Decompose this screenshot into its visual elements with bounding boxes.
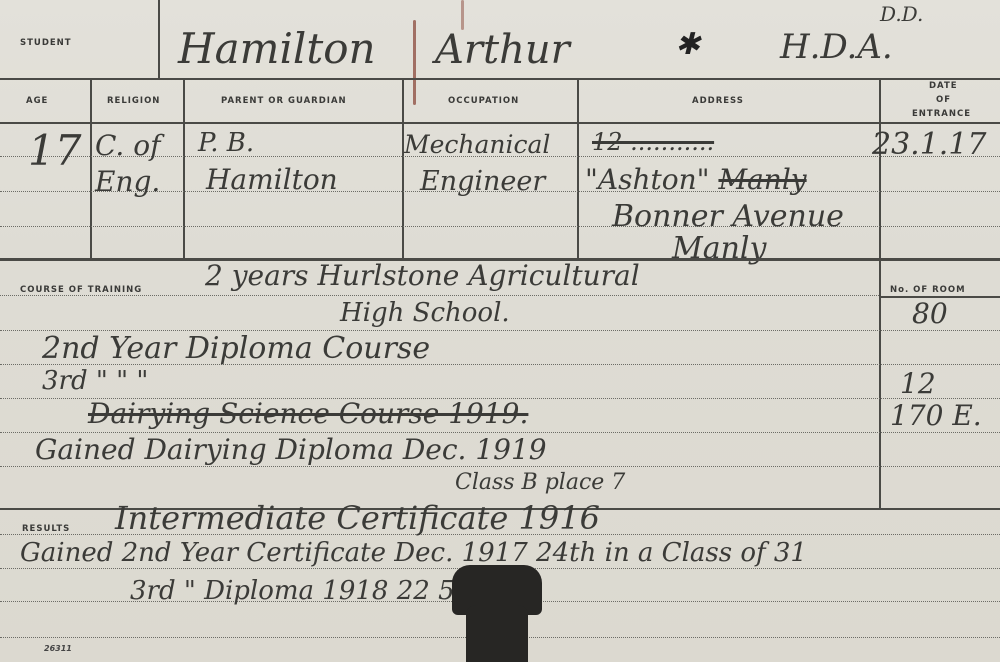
student-record-card: STUDENT Hamilton Arthur ✱ H.D.A. D.D. AG… [0,0,1000,662]
student-surname: Hamilton [178,28,376,70]
student-award: H.D.A. [780,30,893,64]
room-value-1: 80 [912,300,948,328]
religion-label: RELIGION [107,96,160,106]
ruled-line [0,295,879,296]
address-value-struck: 12 ........... [592,130,714,154]
col-divider [577,78,579,258]
row-divider [0,78,1000,80]
room-value-3: 170 E. [890,402,982,430]
occupation-value-line1: Mechanical [404,132,550,157]
age-value: 17 [28,130,81,172]
address-value-line2: "Ashton" Manly [585,166,807,194]
ruled-line [0,466,1000,467]
religion-value-line2: Eng. [95,168,160,196]
occupation-label: OCCUPATION [448,96,519,106]
room-value-2: 12 [900,370,936,398]
ink-stain [461,0,464,30]
address-value-line3: Bonner Avenue [612,202,844,232]
results-line-2: Gained 2nd Year Certificate Dec. 1917 24… [20,540,807,566]
student-given-name: Arthur [435,30,570,70]
col-divider [879,78,881,258]
col-divider [183,78,185,258]
age-label: AGE [26,96,48,106]
date-of-entrance-label-2: OF [936,95,951,105]
occupation-value-line2: Engineer [420,168,545,195]
address-label: ADDRESS [692,96,744,106]
results-line-1: Intermediate Certificate 1916 [115,502,600,534]
parent-label: PARENT OR GUARDIAN [221,96,347,106]
results-label: RESULTS [22,524,70,534]
ink-stain [413,20,416,105]
course-line-2: High School. [340,300,510,326]
col-divider [402,78,404,258]
card-punch-hole-stem [466,605,528,662]
course-line-4: 3rd " " " [42,368,148,394]
date-of-entrance-value: 23.1.17 [872,130,987,160]
date-of-entrance-label-3: ENTRANCE [912,109,971,119]
row-divider [0,122,1000,124]
course-line-6: Gained Dairying Diploma Dec. 1919 [35,436,547,464]
religion-value-line1: C. of [95,132,160,160]
no-of-room-label: No. OF ROOM [890,285,966,295]
student-label: STUDENT [20,38,72,48]
course-of-training-label: COURSE OF TRAINING [20,285,142,295]
parent-value-line1: P. B. [198,130,254,156]
address-struck-suburb: Manly [718,163,806,196]
form-number: 26311 [44,644,72,653]
ruled-line [0,226,1000,227]
col-divider [90,78,92,258]
course-line-3: 2nd Year Diploma Course [42,334,430,364]
course-line-5: Dairying Science Course 1919. [88,400,528,428]
results-line-3: 3rd " Diploma 1918 22 50 [130,578,471,604]
parent-value-line2: Hamilton [206,166,338,194]
course-line-1: 2 years Hurlstone Agricultural [205,262,640,290]
course-line-7: Class B place 7 [455,472,625,494]
student-award-superscript: D.D. [880,4,923,24]
student-divider [158,0,160,78]
address-house-name: "Ashton" [585,163,710,196]
date-of-entrance-label-1: DATE [929,81,958,91]
student-mark: ✱ [675,30,700,60]
